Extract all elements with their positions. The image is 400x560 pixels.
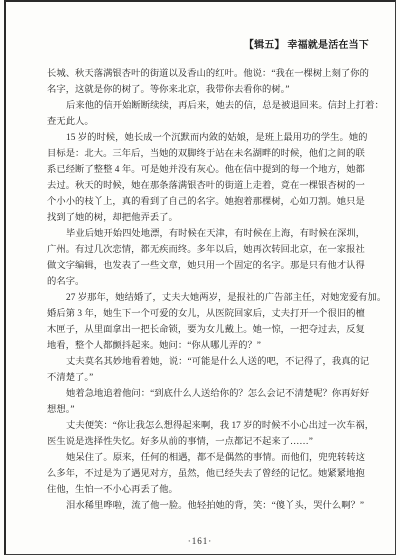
body-line: 后来他的信开始断断续续，再后来，她去的信，总是被退回来。信封上打着： xyxy=(47,98,373,114)
body-line: 15 岁的时候，她长成一个沉默而内敛的姑娘，是班上最用功的学生。她的 xyxy=(47,130,373,146)
page-number: ·161· xyxy=(0,536,400,546)
body-line: 个小小的枝丫上，真的看到了自己的名字。她抱着那棵树，心如刀割。她只是 xyxy=(47,194,373,210)
body-line: 目标是：北大。三年后，当她的双脚终于站在未名湖畔的时候，他们之间的联 xyxy=(47,146,373,162)
body-line: 的名字。 xyxy=(47,274,373,290)
body-line: 不清楚了。” xyxy=(47,370,373,386)
body-line: 27 岁那年，她结婚了，丈夫大她两岁，是报社的广告部主任，对她宠爱有加。 xyxy=(47,290,373,306)
body-line: 丈夫莫名其妙地看着她，说：“可能是什么人送的吧，不记得了，我真的记 xyxy=(47,354,373,370)
body-line: 婚后第 3 年，她生下一个可爱的女儿，从医院回家后，丈夫打开一个很旧的檀 xyxy=(47,306,373,322)
body-line: 她着急地追着他问：“到底什么人送给你的？怎么会记不清楚呢？你再好好 xyxy=(47,386,373,402)
body-line: 丈夫便笑：“你让我怎么想得起来啊，我 17 岁的时候不小心出过一次车祸， xyxy=(47,418,373,434)
body-line: 住他，生怕一不小心再丢了他。 xyxy=(47,482,373,498)
body-line: 医生说是选择性失忆。好多从前的事情，一点都记不起来了……” xyxy=(47,434,373,450)
body-line: 毕业后她开始四处地漂，有时候在天津，有时候在上海，有时候在深圳， xyxy=(47,226,373,242)
body-line: 系已经断了整整 4 年。可是她并没有灰心。他在信中提到的每一个地方，她都 xyxy=(47,162,373,178)
body-line: 长城、秋天落满银杏叶的街道以及香山的红叶。他说：“我在一棵树上刻了你的 xyxy=(47,66,373,82)
body-line: 名字，这就是你的树了。等你来北京，我带你去看你的树。” xyxy=(47,82,373,98)
body-line: 么多年，不过是为了遇见对方，虽然，他已经失去了曾经的记忆。她紧紧地抱 xyxy=(47,466,373,482)
body-line: 找到了她的树，却把他弄丢了。 xyxy=(47,210,373,226)
body-line: 做文字编辑，也发表了一些文章，她只用一个固定的名字。那是只有他才认得 xyxy=(47,258,373,274)
body-line: 泪水稀里哗啦，流了他一脸。他轻拍她的背，笑：“傻丫头，哭什么啊？” xyxy=(47,498,373,514)
body-line: 地看，整个人都颤抖起来。她问：“你从哪儿弄的？” xyxy=(47,338,373,354)
body-line: 去过。秋天的时候，她在那条落满银杏叶的街道上走着，竟在一棵银杏树的一 xyxy=(47,178,373,194)
scanned-book-page: 【辑五】 幸福就是活在当下 长城、秋天落满银杏叶的街道以及香山的红叶。他说：“我… xyxy=(0,0,400,560)
running-header: 【辑五】 幸福就是活在当下 xyxy=(0,36,369,51)
body-line: 木匣子，从里面拿出一把长命锁，要为女儿戴上。她一惊，一把夺过去，反复 xyxy=(47,322,373,338)
body-line: 想想。” xyxy=(47,402,373,418)
body-text: 长城、秋天落满银杏叶的街道以及香山的红叶。他说：“我在一棵树上刻了你的名字，这就… xyxy=(47,66,373,514)
body-line: 她呆住了。原来，任何的相遇，都不是偶然的事情。而他们，兜兜转转这 xyxy=(47,450,373,466)
body-line: 广州。有过几次恋情，都无疾而终。多年以后，她再次转回北京，在一家报社 xyxy=(47,242,373,258)
body-line: 查无此人。 xyxy=(47,114,373,130)
